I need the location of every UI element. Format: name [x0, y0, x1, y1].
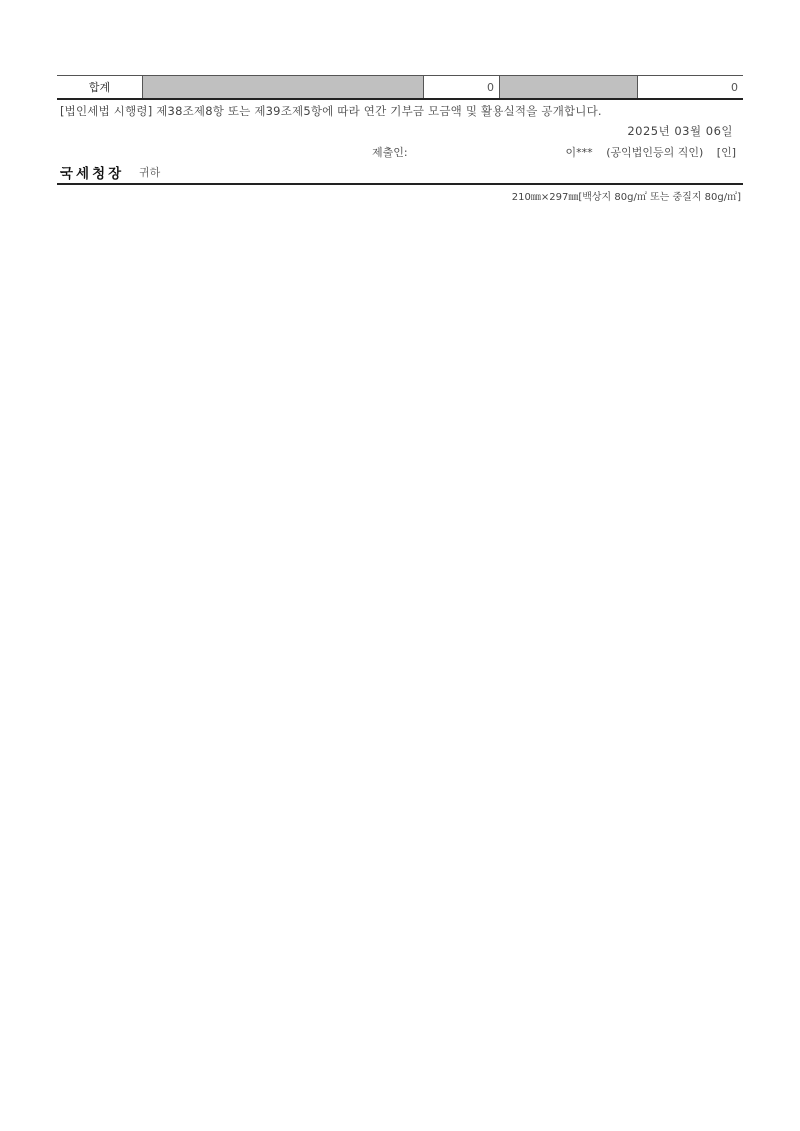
- seal-mark: [인]: [717, 146, 736, 159]
- total-value-2: 0: [638, 76, 744, 100]
- table-row-total: 합계 0 0: [57, 76, 743, 100]
- submission-date: 2025년 03월 06일: [57, 123, 743, 139]
- legal-notice: [법인세법 시행령] 제38조제8항 또는 제39조제5항에 따라 연간 기부금…: [57, 103, 743, 119]
- submitter-line: 제출인: 이*** (공익법인등의 직인) [인]: [57, 141, 743, 161]
- submitter-info: 이*** (공익법인등의 직인) [인]: [556, 144, 736, 160]
- shaded-cell: [143, 76, 424, 100]
- addressee-org: 국세청장: [60, 162, 124, 182]
- total-value-1: 0: [424, 76, 500, 100]
- addressee-honorific: 귀하: [139, 164, 160, 180]
- total-label: 합계: [57, 76, 143, 100]
- submitter-role: (공익법인등의 직인): [606, 146, 703, 159]
- shaded-cell: [500, 76, 638, 100]
- summary-table: 합계 0 0: [57, 75, 743, 100]
- submitter-label: 제출인:: [372, 144, 408, 160]
- document-page: 합계 0 0 [법인세법 시행령] 제38조제8항 또는 제39조제5항에 따라…: [57, 75, 743, 203]
- submitter-name: 이***: [566, 146, 593, 159]
- paper-spec: 210㎜×297㎜[백상지 80g/㎡ 또는 중질지 80g/㎡]: [57, 188, 743, 203]
- addressee-line: 국세청장 귀하: [57, 161, 743, 185]
